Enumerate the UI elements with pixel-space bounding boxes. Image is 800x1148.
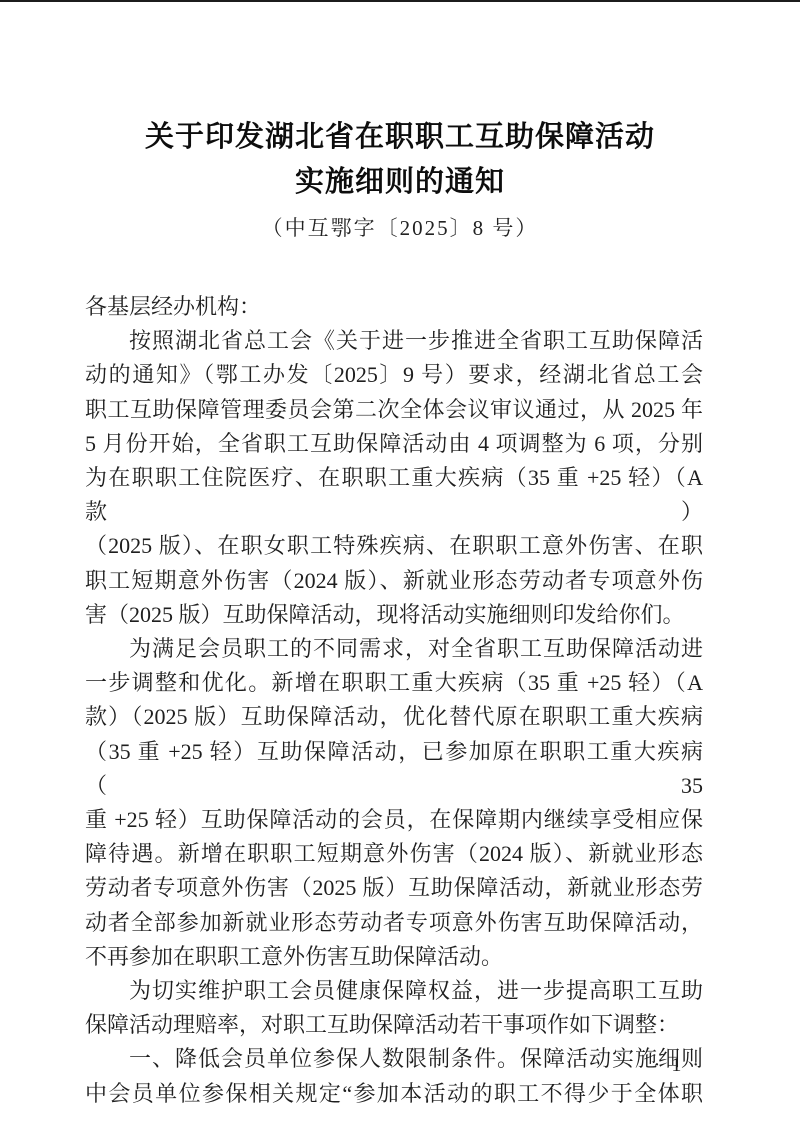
document-page: 关于印发湖北省在职职工互助保障活动 实施细则的通知 （中互鄂字〔2025〕8 号… — [0, 0, 800, 1148]
body-line: 职工短期意外伤害（2024 版）、新就业形态劳动者专项意外伤 — [85, 564, 703, 598]
body-line: 保障活动理赔率，对职工互助保障活动若干事项作如下调整： — [85, 1008, 703, 1042]
body-line: 一步调整和优化。新增在职职工重大疾病（35 重 +25 轻）（A — [85, 666, 703, 700]
page-top-edge-line — [0, 0, 800, 2]
body-line: 动者全部参加新就业形态劳动者专项意外伤害互助保障活动， — [85, 906, 703, 940]
document-title-line-2: 实施细则的通知 — [0, 160, 800, 205]
body-line: 按照湖北省总工会《关于进一步推进全省职工互助保障活 — [85, 324, 703, 358]
body-line: 害（2025 版）互助保障活动，现将活动实施细则印发给你们。 — [85, 598, 703, 632]
body-line: 为在职职工住院医疗、在职职工重大疾病（35 重 +25 轻）（A 款） — [85, 461, 703, 529]
body-line: 障待遇。新增在职职工短期意外伤害（2024 版）、新就业形态 — [85, 837, 703, 871]
body-line: 不再参加在职职工意外伤害互助保障活动。 — [85, 940, 703, 974]
body-line: 为满足会员职工的不同需求，对全省职工互助保障活动进 — [85, 632, 703, 666]
body-line: 职工互助保障管理委员会第二次全体会议审议通过，从 2025 年 — [85, 393, 703, 427]
body-line: 一、降低会员单位参保人数限制条件。保障活动实施细则 — [85, 1042, 703, 1076]
document-title: 关于印发湖北省在职职工互助保障活动 实施细则的通知 — [0, 115, 800, 205]
body-line: 5 月份开始，全省职工互助保障活动由 4 项调整为 6 项，分别 — [85, 427, 703, 461]
body-line: 款）（2025 版）互助保障活动，优化替代原在职职工重大疾病 — [85, 700, 703, 734]
page-number: · 1 · — [654, 1052, 702, 1078]
document-title-line-1: 关于印发湖北省在职职工互助保障活动 — [0, 115, 800, 160]
body-line: （2025 版）、在职女职工特殊疾病、在职职工意外伤害、在职 — [85, 529, 703, 563]
body-line: （35 重 +25 轻）互助保障活动，已参加原在职职工重大疾病（35 — [85, 735, 703, 803]
body-line: 动的通知》（鄂工办发〔2025〕9 号）要求，经湖北省总工会 — [85, 358, 703, 392]
body-line: 中会员单位参保相关规定“参加本活动的职工不得少于全体职 — [85, 1077, 703, 1111]
document-number: （中互鄂字〔2025〕8 号） — [0, 214, 800, 242]
body-line: 各基层经办机构： — [85, 290, 703, 324]
body-line: 劳动者专项意外伤害（2025 版）互助保障活动，新就业形态劳 — [85, 871, 703, 905]
body-line: 重 +25 轻）互助保障活动的会员，在保障期内继续享受相应保 — [85, 803, 703, 837]
body-line: 为切实维护职工会员健康保障权益，进一步提高职工互助 — [85, 974, 703, 1008]
document-body: 各基层经办机构：按照湖北省总工会《关于进一步推进全省职工互助保障活动的通知》（鄂… — [85, 290, 703, 1111]
